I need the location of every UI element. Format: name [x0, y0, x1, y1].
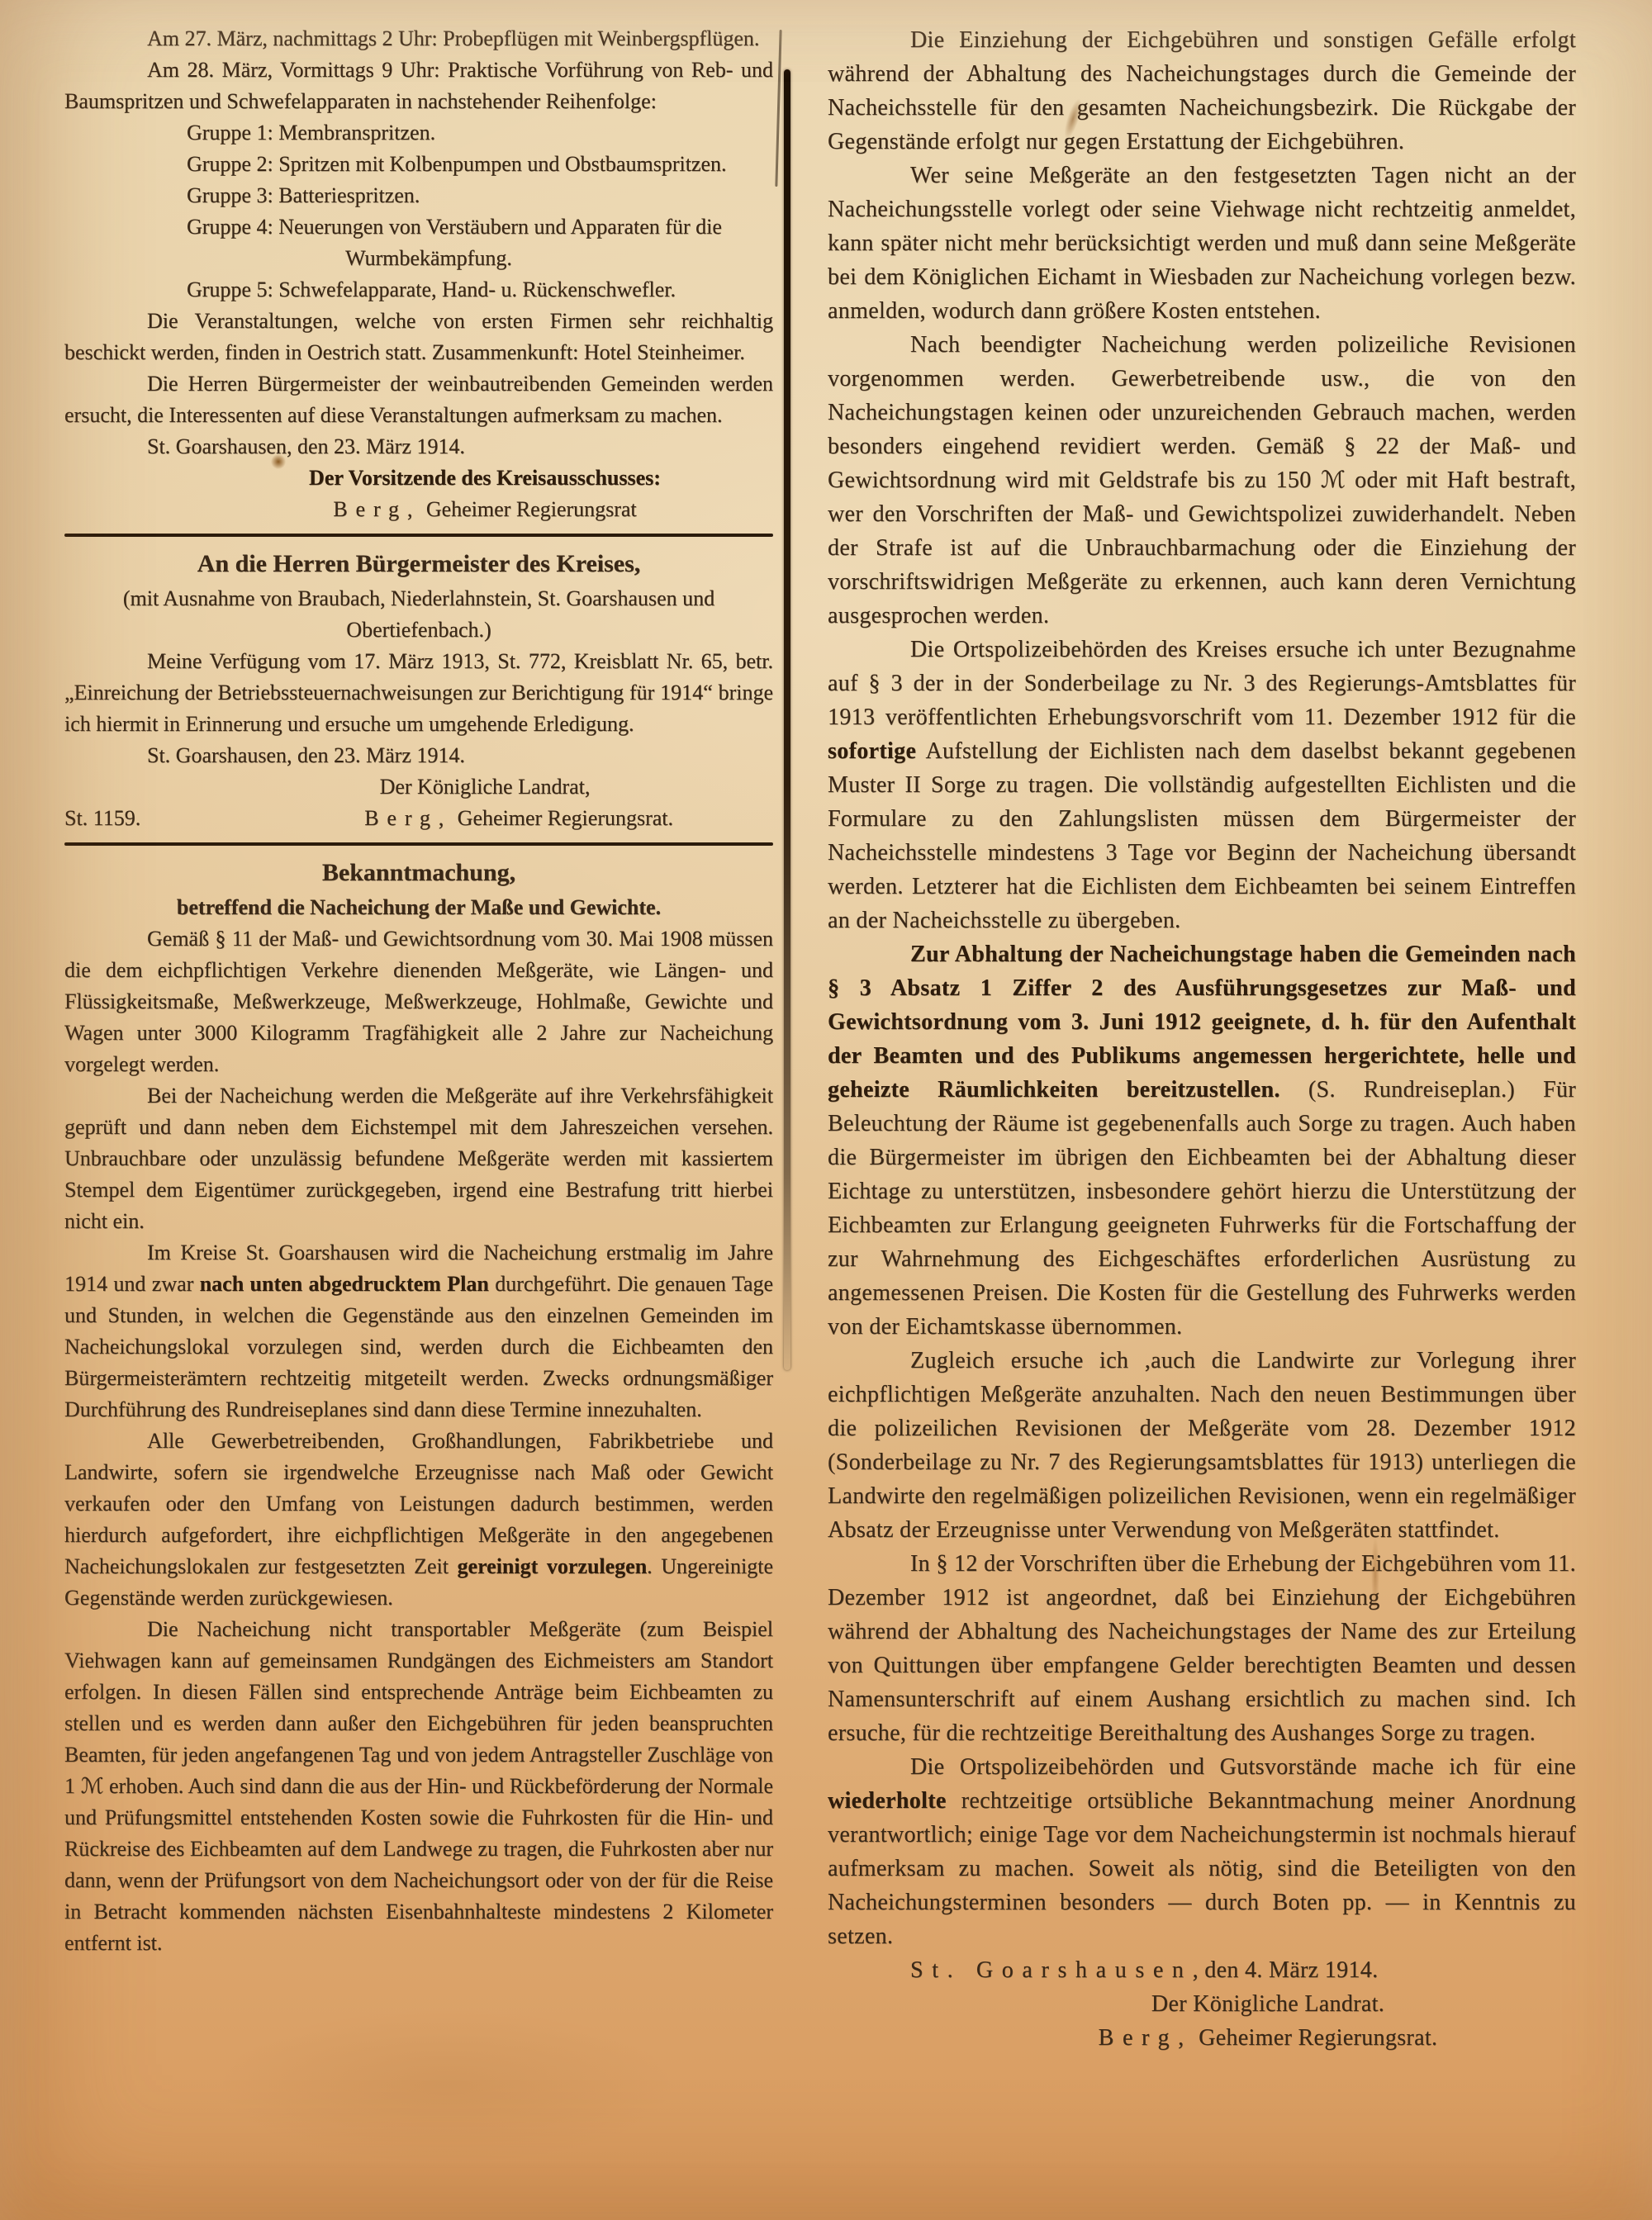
signature-line: Der Vorsitzende des Kreisausschusses:: [64, 462, 773, 494]
paragraph: In § 12 der Vorschriften über die Erhebu…: [828, 1547, 1576, 1750]
paragraph: Die Herren Bürgermeister der weinbautrei…: [64, 368, 773, 431]
text-run: Meine Verfügung vom 17. März 1913, St. 7…: [64, 649, 773, 736]
text-run: Geheimer Regierungsrat.: [452, 806, 673, 830]
emphasized-text: gereinigt vorzulegen: [458, 1554, 648, 1578]
paragraph: Gemäß § 11 der Maß- und Gewichtsordnung …: [64, 923, 773, 1080]
text-run: Der Königliche Landrat.: [1151, 1991, 1384, 2017]
text-run: , den 4. März 1914.: [1193, 1957, 1379, 1983]
signature-line: Der Königliche Landrat,: [64, 771, 773, 803]
text-run: Gruppe 1: Membranspritzen.: [187, 121, 435, 145]
text-run: Am 28. März, Vormittags 9 Uhr: Praktisch…: [64, 58, 773, 113]
text-run: Am 27. März, nachmittags 2 Uhr: Probepfl…: [147, 26, 759, 50]
text-run: Wer seine Meßgeräte an den festgesetzten…: [828, 163, 1576, 324]
section-heading: Bekanntmachung,: [64, 854, 773, 892]
text-run: Bei der Nacheichung werden die Meßgeräte…: [64, 1084, 773, 1233]
text-run: Die Einziehung der Eichgebühren und sons…: [828, 27, 1576, 154]
text-run: Berg,: [1099, 2025, 1193, 2051]
paragraph: Bei der Nacheichung werden die Meßgeräte…: [64, 1080, 773, 1237]
text-run: Die Herren Bürgermeister der weinbautrei…: [64, 372, 773, 427]
text-run: St. Goarshausen, den 23. März 1914.: [147, 434, 465, 458]
text-run: Die Nacheichung nicht transportabler Meß…: [64, 1617, 773, 1955]
section-heading: An die Herren Bürgermeister des Kreises,: [64, 545, 773, 583]
text-run: Die Veranstaltungen, welche von ersten F…: [64, 309, 773, 364]
paragraph: (mit Ausnahme von Braubach, Niederlahnst…: [64, 583, 773, 646]
text-run: Aufstellung der Eichlisten nach dem dase…: [828, 738, 1576, 933]
right-column: Die Einziehung der Eichgebühren und sons…: [828, 23, 1576, 2055]
signature-line: Berg, Geheimer Regierungsrat.: [828, 2021, 1576, 2055]
emphasized-text: wiederholte: [828, 1788, 947, 1814]
text-run: Gruppe 4: Neuerungen von Verstäubern und…: [187, 215, 722, 270]
column-divider-line: [784, 69, 790, 1370]
paragraph: Zugleich ersuche ich ,auch die Landwirte…: [828, 1344, 1576, 1547]
text-run: Der Königliche Landrat,: [380, 775, 591, 799]
paragraph: Die Nacheichung nicht transportabler Meß…: [64, 1614, 773, 1959]
text-run: betreffend die Nacheichung der Maße und …: [177, 895, 661, 919]
paragraph: Wer seine Meßgeräte an den festgesetzten…: [828, 159, 1576, 328]
signature-line: Der Königliche Landrat.: [828, 1987, 1576, 2021]
dateline: St. Goarshausen, den 23. März 1914.: [64, 431, 773, 462]
paragraph: Zur Abhaltung der Nacheichungstage haben…: [828, 937, 1576, 1344]
dateline: St. Goarshausen, den 4. März 1914.: [828, 1953, 1576, 1987]
text-run: Geheimer Regierungsrat.: [1193, 2025, 1438, 2051]
paragraph: Die Einziehung der Eichgebühren und sons…: [828, 23, 1576, 159]
text-run: Nach beendigter Nacheichung werden poliz…: [828, 332, 1576, 629]
emphasized-text: sofortige: [828, 738, 916, 764]
dateline: St. Goarshausen, den 23. März 1914.: [64, 740, 773, 771]
text-run: Gruppe 3: Batteriespritzen.: [187, 183, 420, 207]
text-run: Bekanntmachung,: [322, 859, 515, 886]
paragraph: Die Veranstaltungen, welche von ersten F…: [64, 306, 773, 368]
paper-stain: [215, 2007, 677, 2164]
paragraph: Im Kreise St. Goarshausen wird die Nache…: [64, 1237, 773, 1425]
text-run: Gruppe 5: Schwefelapparate, Hand- u. Rüc…: [187, 277, 676, 301]
text-run: St. 1159.: [64, 806, 140, 830]
text-run: (S. Rundreiseplan.) Für Beleuchtung der …: [828, 1077, 1576, 1340]
text-run: Geheimer Regierungsrat: [420, 497, 636, 521]
paragraph: Die Ortspolizeibehörden des Kreises ersu…: [828, 633, 1576, 937]
signature-name: Berg, Geheimer Regierungsrat.: [140, 803, 773, 834]
text-run: Gruppe 2: Spritzen mit Kolbenpumpen und …: [187, 152, 727, 176]
text-run: (mit Ausnahme von Braubach, Niederlahnst…: [123, 586, 714, 642]
text-run: St. Goarshausen: [910, 1957, 1193, 1983]
paragraph: Die Ortspolizeibehörden und Gutsvorständ…: [828, 1750, 1576, 1953]
list-item: Gruppe 4: Neuerungen von Verstäubern und…: [64, 211, 773, 274]
text-run: Berg,: [364, 806, 452, 830]
paragraph: Meine Verfügung vom 17. März 1913, St. 7…: [64, 646, 773, 740]
text-run: In § 12 der Vorschriften über die Erhebu…: [828, 1551, 1576, 1746]
text-run: Zugleich ersuche ich ,auch die Landwirte…: [828, 1348, 1576, 1543]
text-run: Gemäß § 11 der Maß- und Gewichtsordnung …: [64, 927, 773, 1076]
list-item: Gruppe 5: Schwefelapparate, Hand- u. Rüc…: [64, 274, 773, 306]
paragraph: Alle Gewerbetreibenden, Großhandlungen, …: [64, 1425, 773, 1614]
column-divider-line-top: [775, 30, 781, 187]
paragraph: Am 27. März, nachmittags 2 Uhr: Probepfl…: [64, 23, 773, 55]
section-subheading: betreffend die Nacheichung der Maße und …: [64, 892, 773, 923]
section-divider: [64, 842, 773, 846]
paragraph: Am 28. März, Vormittags 9 Uhr: Praktisch…: [64, 55, 773, 117]
text-run: An die Herren Bürgermeister des Kreises,: [197, 550, 641, 577]
text-run: Die Ortspolizeibehörden des Kreises ersu…: [828, 637, 1576, 730]
file-number: St. 1159.: [64, 803, 140, 834]
list-item: Gruppe 2: Spritzen mit Kolbenpumpen und …: [64, 149, 773, 180]
list-item: Gruppe 3: Batteriespritzen.: [64, 180, 773, 211]
reference-signature-line: St. 1159.Berg, Geheimer Regierungsrat.: [64, 803, 773, 834]
text-run: Berg,: [333, 497, 420, 521]
section-divider: [64, 534, 773, 537]
list-item: Gruppe 1: Membranspritzen.: [64, 117, 773, 149]
text-run: Die Ortspolizeibehörden und Gutsvorständ…: [910, 1754, 1576, 1780]
left-column: Am 27. März, nachmittags 2 Uhr: Probepfl…: [64, 23, 773, 1959]
text-run: St. Goarshausen, den 23. März 1914.: [147, 743, 465, 767]
emphasized-text: Der Vorsitzende des Kreisausschusses:: [309, 466, 661, 490]
signature-line: Berg, Geheimer Regierungsrat: [64, 494, 773, 525]
paragraph: Nach beendigter Nacheichung werden poliz…: [828, 328, 1576, 633]
emphasized-text: nach unten abgedrucktem Plan: [200, 1272, 489, 1296]
